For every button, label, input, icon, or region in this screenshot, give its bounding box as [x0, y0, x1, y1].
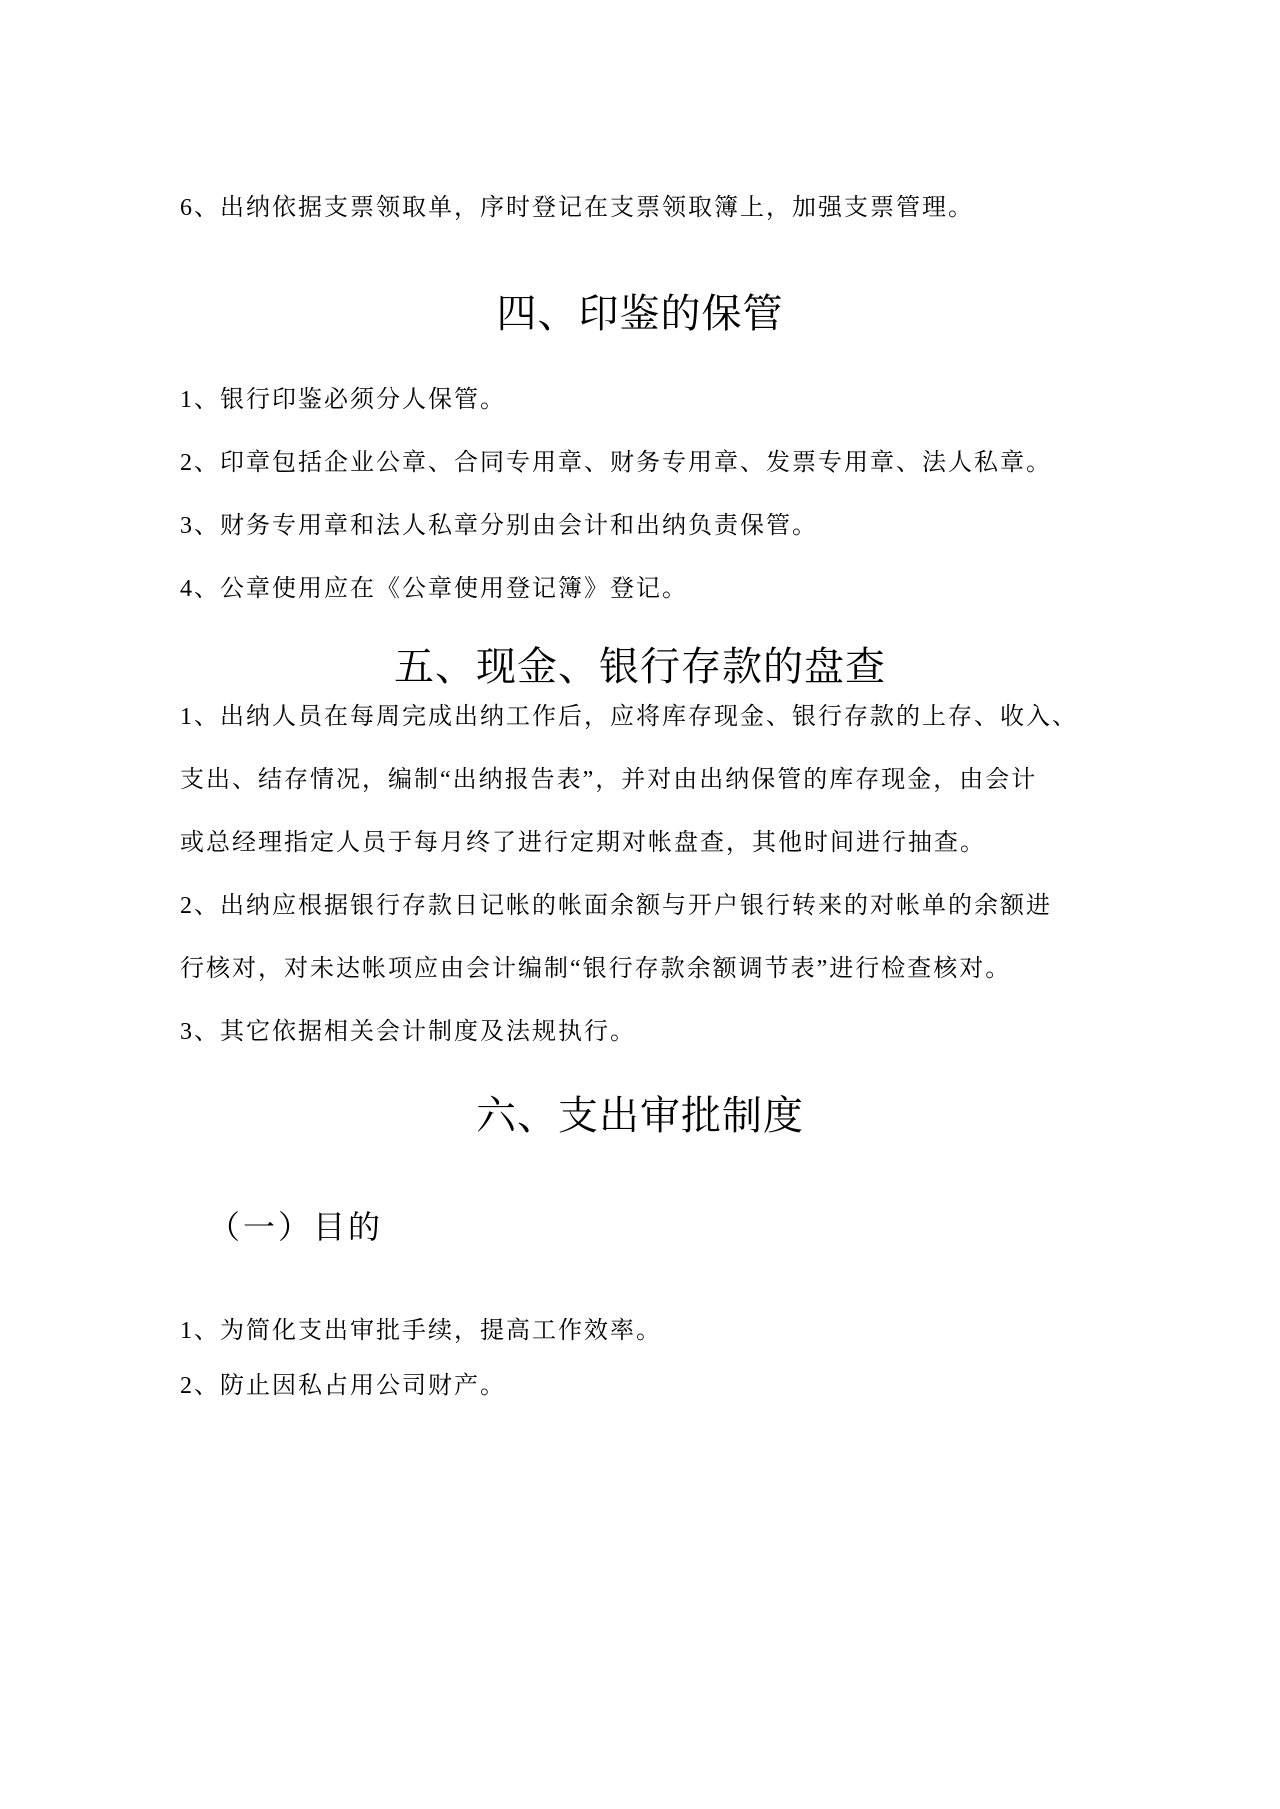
cash-audit-line-1: 1、出纳人员在每周完成出纳工作后，应将库存现金、银行存款的上存、收入、 [180, 705, 1078, 729]
seal-item-3: 3、财务专用章和法人私章分别由会计和出纳负责保管。 [180, 514, 818, 538]
intro-line: 6、出纳依据支票领取单，序时登记在支票领取簿上，加强支票管理。 [180, 196, 974, 220]
cash-audit-line-2: 支出、结存情况，编制“出纳报告表”，并对由出纳保管的库存现金，由会计 [180, 768, 1037, 792]
purpose-item-2: 2、防止因私占用公司财产。 [180, 1374, 506, 1398]
section-heading-cash-audit: 五、现金、银行存款的盘查 [0, 647, 1280, 687]
section-heading-seal-custody: 四、印鉴的保管 [0, 294, 1280, 334]
seal-item-1: 1、银行印鉴必须分人保管。 [180, 388, 506, 412]
purpose-item-1: 1、为简化支出审批手续，提高工作效率。 [180, 1319, 662, 1343]
cash-audit-line-6: 3、其它依据相关会计制度及法规执行。 [180, 1020, 636, 1044]
seal-item-2: 2、印章包括企业公章、合同专用章、财务专用章、发票专用章、法人私章。 [180, 451, 1052, 475]
seal-item-4: 4、公章使用应在《公章使用登记簿》登记。 [180, 577, 688, 601]
section-heading-expense-approval: 六、支出审批制度 [0, 1096, 1280, 1136]
cash-audit-line-3: 或总经理指定人员于每月终了进行定期对帐盘查，其他时间进行抽查。 [180, 831, 986, 855]
document-page: 6、出纳依据支票领取单，序时登记在支票领取簿上，加强支票管理。 四、印鉴的保管 … [0, 0, 1280, 1809]
subsection-heading-purpose: （一）目的 [208, 1211, 383, 1243]
cash-audit-line-5: 行核对，对未达帐项应由会计编制“银行存款余额调节表”进行检查核对。 [180, 957, 1011, 981]
cash-audit-line-4: 2、出纳应根据银行存款日记帐的帐面余额与开户银行转来的对帐单的余额进 [180, 894, 1052, 918]
